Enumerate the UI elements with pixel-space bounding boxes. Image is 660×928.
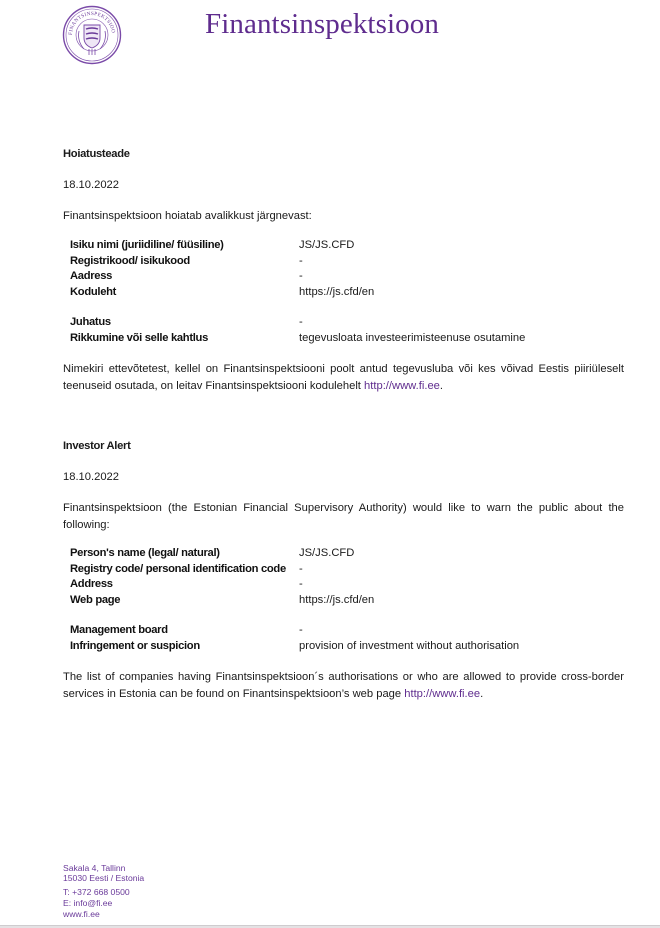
et-row-registry: Registrikood/ isikukood -: [70, 254, 630, 270]
document-page: FINANTSINSPEKTSIOON Finantsinspektsioon …: [0, 0, 660, 925]
en-section-title: Investor Alert: [63, 438, 131, 454]
field-value: -: [299, 254, 303, 270]
punctuation: .: [480, 688, 483, 700]
field-value: -: [299, 623, 303, 639]
en-row-board: Management board -: [70, 623, 630, 639]
field-label: Registry code/ personal identification c…: [70, 562, 286, 578]
en-closing-text: The list of companies having Finantsinsp…: [63, 671, 624, 700]
punctuation: .: [440, 380, 443, 392]
et-closing-text: Nimekiri ettevõtetest, kellel on Finants…: [63, 363, 624, 392]
footer-phone: T: +372 668 0500: [63, 887, 130, 898]
en-intro: Finantsinspektsioon (the Estonian Financ…: [63, 500, 624, 533]
footer-email[interactable]: E: info@fi.ee: [63, 898, 112, 909]
et-row-address: Aadress -: [70, 269, 630, 285]
et-row-name: Isiku nimi (juriidiline/ füüsiline) JS/J…: [70, 238, 630, 254]
en-row-infringement: Infringement or suspicion provision of i…: [70, 639, 630, 655]
field-label: Infringement or suspicion: [70, 639, 200, 655]
field-label: Address: [70, 577, 113, 593]
field-label: Rikkumine või selle kahtlus: [70, 331, 208, 347]
footer-website[interactable]: www.fi.ee: [63, 909, 100, 920]
field-value: provision of investment without authoris…: [299, 639, 519, 655]
field-value: -: [299, 577, 303, 593]
et-row-infringement: Rikkumine või selle kahtlus tegevusloata…: [70, 331, 630, 347]
en-row-name: Person's name (legal/ natural) JS/JS.CFD: [70, 546, 630, 562]
et-intro: Finantsinspektsioon hoiatab avalikkust j…: [63, 208, 312, 224]
et-row-website: Koduleht https://js.cfd/en: [70, 285, 630, 301]
field-value: JS/JS.CFD: [299, 546, 354, 562]
et-section-title: Hoiatusteade: [63, 146, 130, 162]
field-label: Aadress: [70, 269, 112, 285]
field-label: Koduleht: [70, 285, 116, 301]
field-label: Management board: [70, 623, 168, 639]
field-label: Person's name (legal/ natural): [70, 546, 220, 562]
et-closing-paragraph: Nimekiri ettevõtetest, kellel on Finants…: [63, 361, 624, 394]
field-value: -: [299, 315, 303, 331]
fi-website-link[interactable]: http://www.fi.ee: [364, 380, 440, 392]
website-link[interactable]: https://js.cfd/en: [299, 593, 374, 609]
en-closing-paragraph: The list of companies having Finantsinsp…: [63, 669, 624, 702]
footer-address-line1: Sakala 4, Tallinn: [63, 863, 125, 874]
field-label: Isiku nimi (juriidiline/ füüsiline): [70, 238, 224, 254]
en-row-website: Web page https://js.cfd/en: [70, 593, 630, 609]
en-row-address: Address -: [70, 577, 630, 593]
field-label: Juhatus: [70, 315, 111, 331]
field-label: Web page: [70, 593, 120, 609]
website-link[interactable]: https://js.cfd/en: [299, 285, 374, 301]
footer-address-line2: 15030 Eesti / Estonia: [63, 873, 144, 884]
et-date: 18.10.2022: [63, 177, 119, 193]
field-label: Registrikood/ isikukood: [70, 254, 190, 270]
en-date: 18.10.2022: [63, 469, 119, 485]
field-value: tegevusloata investeerimisteenuse osutam…: [299, 331, 525, 347]
et-row-board: Juhatus -: [70, 315, 630, 331]
en-row-registry: Registry code/ personal identification c…: [70, 562, 630, 578]
field-value: -: [299, 269, 303, 285]
field-value: JS/JS.CFD: [299, 238, 354, 254]
fi-website-link[interactable]: http://www.fi.ee: [404, 688, 480, 700]
field-value: -: [299, 562, 303, 578]
seal-logo-icon: FINANTSINSPEKTSIOON: [62, 5, 122, 65]
brand-name: Finantsinspektsioon: [205, 8, 439, 41]
